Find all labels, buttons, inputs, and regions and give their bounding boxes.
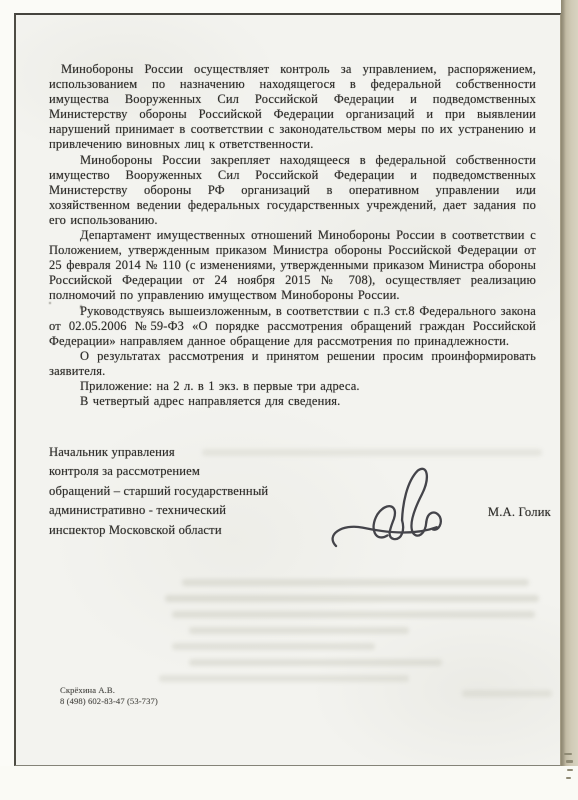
bleedthrough-artifact bbox=[189, 627, 409, 634]
letter-body: Минобороны России осуществляет контроль … bbox=[49, 62, 536, 409]
bleedthrough-artifact bbox=[462, 690, 552, 697]
signer-title: Начальник управления контроля за рассмот… bbox=[49, 443, 349, 540]
signer-title-line: инспектор Московской области bbox=[49, 521, 349, 540]
signature-block: Начальник управления контроля за рассмот… bbox=[49, 443, 553, 553]
signer-title-line: административно - технический bbox=[49, 501, 349, 520]
paragraph: Минобороны России осуществляет контроль … bbox=[49, 62, 536, 153]
paragraph: Руководствуясь вышеизложенным, в соответ… bbox=[49, 304, 536, 349]
executor-name: Скрёхина А.В. bbox=[60, 685, 158, 696]
scanner-background-bottom bbox=[0, 766, 578, 800]
distribution-note: В четвертый адрес направляется для сведе… bbox=[49, 394, 536, 409]
bleedthrough-artifact bbox=[172, 643, 375, 650]
paragraph: Минобороны России закрепляет находящееся… bbox=[49, 153, 536, 228]
scan-edge-mark bbox=[566, 760, 573, 763]
paragraph: Департамент имущественных отношений Мино… bbox=[49, 228, 536, 303]
scan-edge-mark bbox=[564, 753, 572, 755]
executor-phone: 8 (498) 602-83-47 (53-737) bbox=[60, 696, 158, 707]
paragraph: О результатах рассмотрения и принятом ре… bbox=[49, 349, 536, 379]
signer-name: М.А. Голик bbox=[488, 505, 551, 520]
scanned-page: Минобороны России осуществляет контроль … bbox=[14, 13, 561, 766]
attachment-note: Приложение: на 2 л. в 1 экз. в первые тр… bbox=[49, 379, 536, 394]
scanner-background-strip bbox=[561, 0, 578, 800]
bleedthrough-artifact bbox=[165, 595, 539, 602]
scan-edge-mark bbox=[566, 777, 571, 779]
signer-title-line: обращений – старший государственный bbox=[49, 482, 349, 501]
scan-edge-mark bbox=[567, 769, 573, 771]
signer-title-line: Начальник управления bbox=[49, 443, 349, 462]
bleedthrough-artifact bbox=[159, 675, 409, 682]
executor-footer: Скрёхина А.В. 8 (498) 602-83-47 (53-737) bbox=[60, 685, 158, 706]
scanned-letter-photo: { "document": { "paragraphs": [ "Минобор… bbox=[0, 0, 578, 800]
bleedthrough-artifact bbox=[189, 659, 442, 666]
signer-title-line: контроля за рассмотрением bbox=[49, 462, 349, 481]
handwritten-signature bbox=[323, 456, 461, 562]
bleedthrough-artifact bbox=[182, 579, 529, 586]
bleedthrough-artifact bbox=[172, 611, 535, 618]
